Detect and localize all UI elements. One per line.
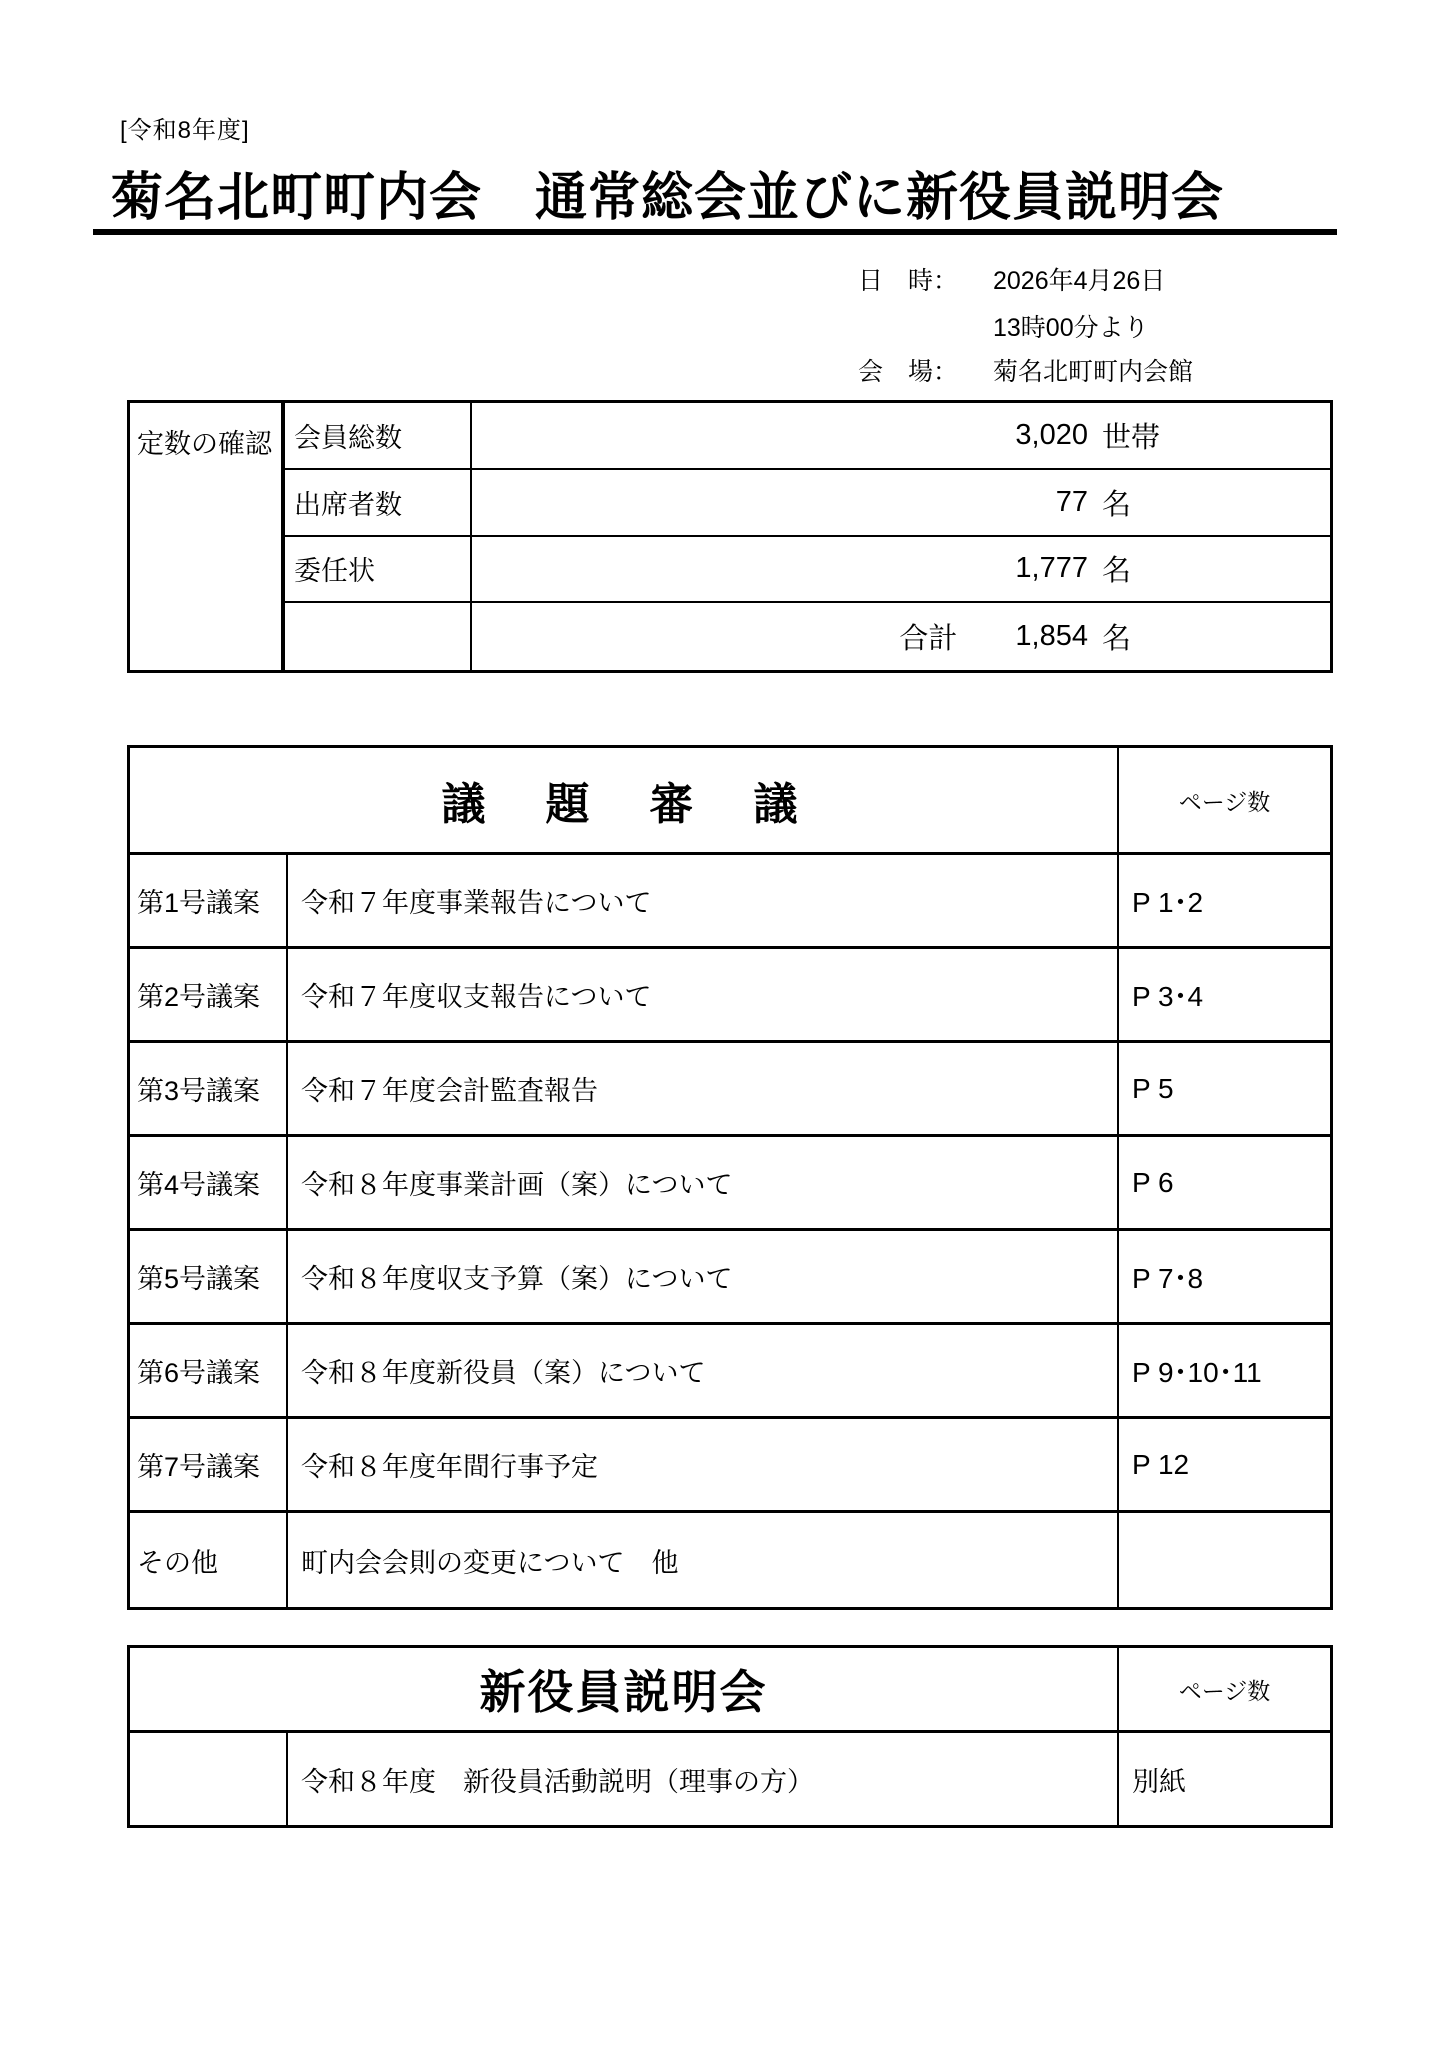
quorum-section-label: 定数の確認 [130,403,283,670]
date-value: 2026年4月26日 [993,261,1165,297]
title-divider [93,229,1337,235]
agenda-table-title: 議 題 審 議 [130,748,1117,855]
briefing-item-title: 令和８年度 新役員活動説明（理事の方） [286,1733,1117,1825]
fiscal-year-tag: [令和8年度] [120,110,250,145]
briefing-table-title: 新役員説明会 [130,1648,1117,1733]
venue-value: 菊名北町町内会館 [993,352,1193,388]
agenda-item-title: 令和７年度会計監査報告 [286,1043,1117,1137]
quorum-row-label: 会員総数 [283,403,470,470]
agenda-item-page: P 1･2 [1117,855,1330,949]
agenda-item-title: 令和７年度収支報告について [286,949,1117,1043]
quorum-row-label: 出席者数 [283,470,470,537]
agenda-item-no: 第3号議案 [130,1043,286,1137]
date-label: 日 時： [858,261,958,297]
total-label: 合計 [899,616,957,657]
quorum-row-value: 1,777 名 [470,537,1330,604]
quorum-row-label: 委任状 [283,537,470,604]
page-title: 菊名北町町内会 通常総会並びに新役員説明会 [111,155,1224,230]
agenda-item-page: P 12 [1117,1419,1330,1513]
agenda-item-no: 第5号議案 [130,1231,286,1325]
member-count: 3,020 [1015,419,1088,452]
agenda-item-no: 第4号議案 [130,1137,286,1231]
agenda-item-page: P 7･8 [1117,1231,1330,1325]
document-page: [令和8年度] 菊名北町町内会 通常総会並びに新役員説明会 日 時： 2026年… [0,0,1448,2048]
unit-label: 名 [1102,548,1330,589]
agenda-item-no: 第1号議案 [130,855,286,949]
quorum-table: 定数の確認 会員総数 3,020 世帯 出席者数 77 名 委任状 1,777 … [127,400,1333,673]
time-value: 13時00分より [993,308,1149,344]
agenda-item-no: その他 [130,1513,286,1607]
agenda-item-page: P 9･10･11 [1117,1325,1330,1419]
attendee-count: 77 [1056,486,1088,519]
agenda-item-page: P 5 [1117,1043,1330,1137]
quorum-row-value: 77 名 [470,470,1330,537]
agenda-item-title: 令和８年度新役員（案）について [286,1325,1117,1419]
unit-label: 世帯 [1102,415,1330,456]
page-count-header: ページ数 [1117,748,1330,855]
page-count-header: ページ数 [1117,1648,1330,1733]
quorum-row-label [283,603,470,670]
venue-label: 会 場： [858,352,958,388]
agenda-item-page: P 3･4 [1117,949,1330,1043]
agenda-item-page [1117,1513,1330,1607]
agenda-item-title: 令和８年度年間行事予定 [286,1419,1117,1513]
unit-label: 名 [1102,616,1330,657]
agenda-item-page: P 6 [1117,1137,1330,1231]
agenda-item-title: 令和８年度収支予算（案）について [286,1231,1117,1325]
briefing-item-no [130,1733,286,1825]
total-count: 1,854 [1015,620,1088,653]
agenda-item-no: 第2号議案 [130,949,286,1043]
briefing-table: 新役員説明会 ページ数 令和８年度 新役員活動説明（理事の方） 別紙 [127,1645,1333,1828]
agenda-item-title: 令和８年度事業計画（案）について [286,1137,1117,1231]
quorum-row-value: 3,020 世帯 [470,403,1330,470]
agenda-item-no: 第6号議案 [130,1325,286,1419]
agenda-item-title: 町内会会則の変更について 他 [286,1513,1117,1607]
unit-label: 名 [1102,482,1330,523]
briefing-item-page: 別紙 [1117,1733,1330,1825]
agenda-item-title: 令和７年度事業報告について [286,855,1117,949]
agenda-item-no: 第7号議案 [130,1419,286,1513]
proxy-count: 1,777 [1015,552,1088,585]
quorum-row-value: 合計 1,854 名 [470,603,1330,670]
agenda-table: 議 題 審 議 ページ数 第1号議案 令和７年度事業報告について P 1･2 第… [127,745,1333,1610]
